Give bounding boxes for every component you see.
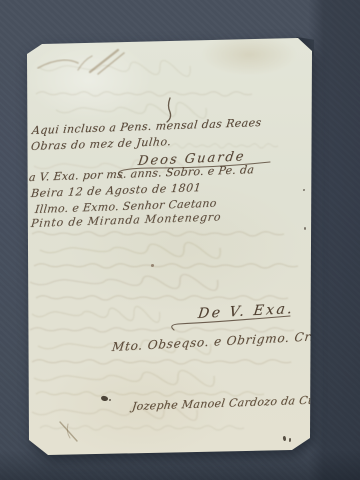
manuscript-photo: Aqui incluso a Pens. mensal das Reaes Ob… bbox=[0, 0, 360, 480]
manuscript-page: Aqui incluso a Pens. mensal das Reaes Ob… bbox=[26, 38, 312, 456]
ink-marks-and-flourishes bbox=[26, 38, 312, 456]
backing-right-shadow-band bbox=[308, 0, 360, 480]
